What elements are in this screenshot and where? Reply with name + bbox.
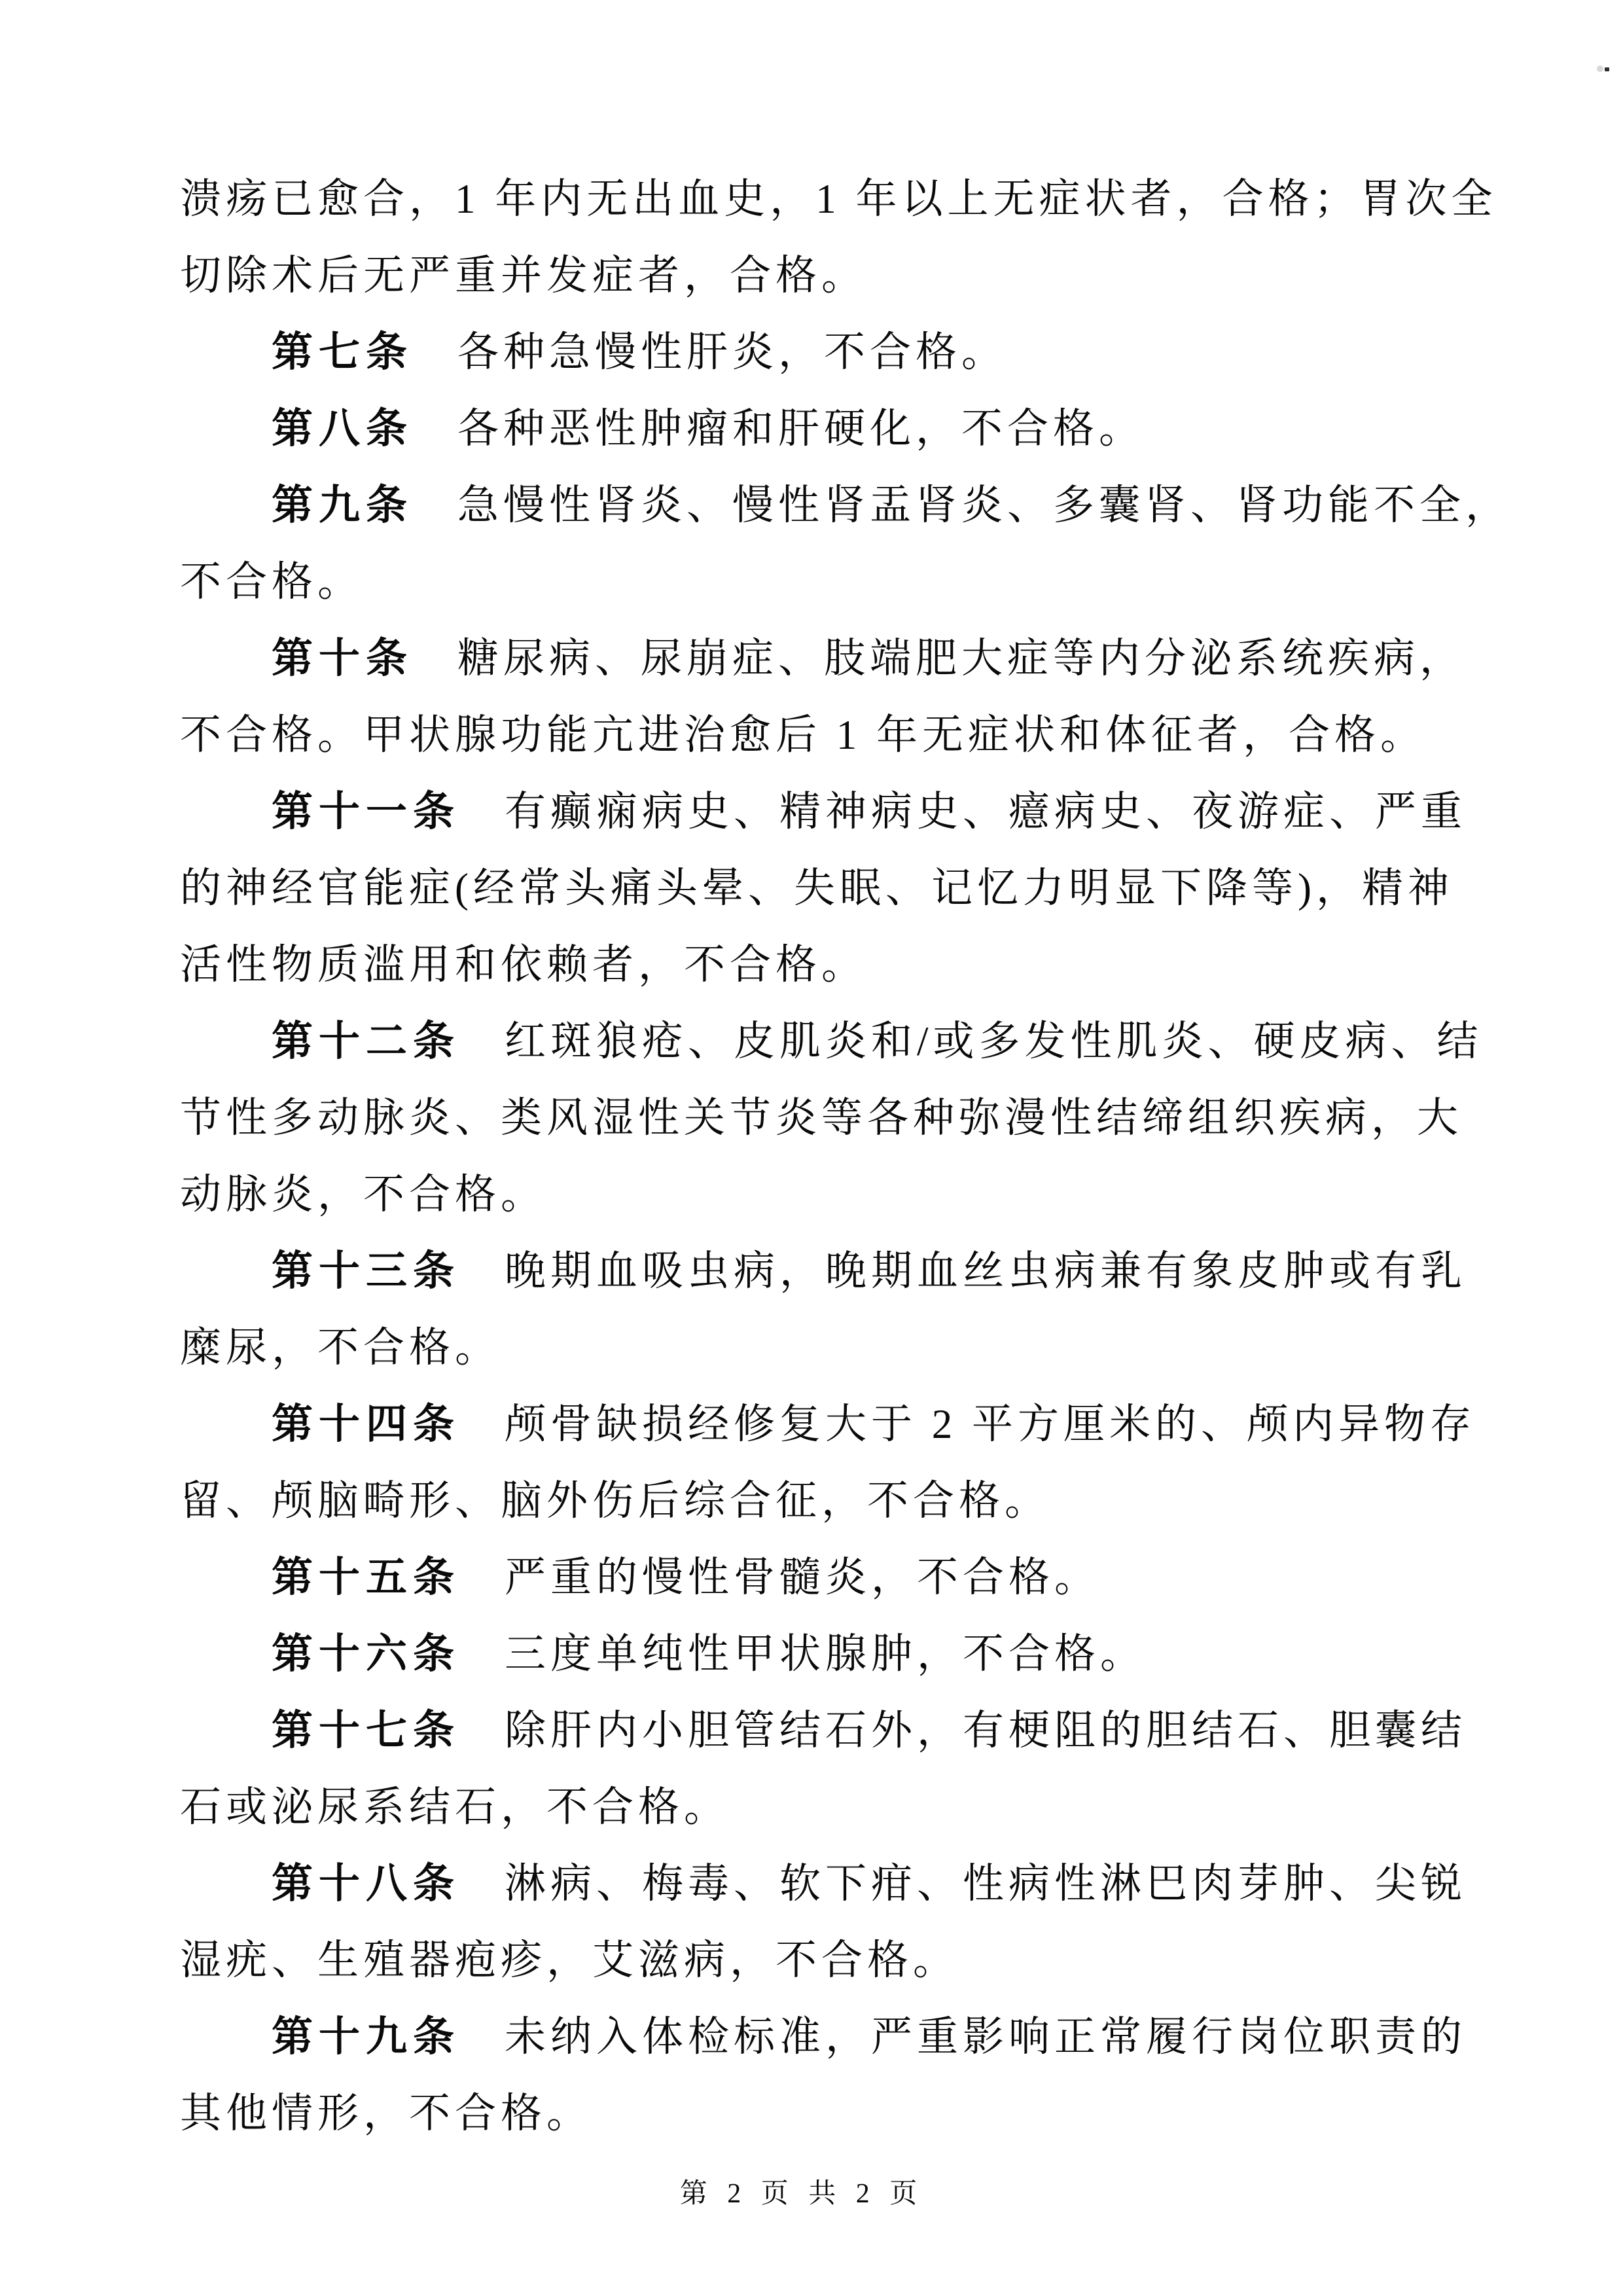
article-text: 晚期血吸虫病，晚期血丝虫病兼有象皮肿或有乳 bbox=[505, 1248, 1467, 1294]
article-text: 颅骨缺损经修复大于 2 平方厘米的、颅内异物存 bbox=[505, 1401, 1476, 1447]
article-number: 第十九条 bbox=[272, 2014, 460, 2060]
article-text: 淋病、梅毒、软下疳、性病性淋巴肉芽肿、尖锐 bbox=[505, 1861, 1467, 1907]
article-number: 第十二条 bbox=[272, 1018, 460, 1064]
document-line: 第十九条未纳入体检标准，严重影响正常履行岗位职责的 bbox=[180, 1999, 1453, 2075]
document-line: 第九条急慢性肾炎、慢性肾盂肾炎、多囊肾、肾功能不全， bbox=[180, 467, 1453, 544]
document-line: 活性物质滥用和依赖者，不合格。 bbox=[180, 927, 1453, 1003]
article-text: 未纳入体检标准，严重影响正常履行岗位职责的 bbox=[505, 2014, 1467, 2060]
document-line: 第十四条颅骨缺损经修复大于 2 平方厘米的、颅内异物存 bbox=[180, 1386, 1453, 1463]
document-line: 第八条各种恶性肿瘤和肝硬化，不合格。 bbox=[180, 391, 1453, 467]
document-line: 第十五条严重的慢性骨髓炎，不合格。 bbox=[180, 1539, 1453, 1616]
document-body: 溃疡已愈合，1 年内无出血史，1 年以上无症状者，合格；胃次全 切除术后无严重并… bbox=[180, 161, 1453, 2152]
article-text: 急慢性肾炎、慢性肾盂肾炎、多囊肾、肾功能不全， bbox=[457, 482, 1511, 528]
document-line: 第十六条三度单纯性甲状腺肿，不合格。 bbox=[180, 1616, 1453, 1693]
document-line: 石或泌尿系结石，不合格。 bbox=[180, 1769, 1453, 1846]
article-number: 第十五条 bbox=[272, 1554, 460, 1600]
document-line: 第十一条有癫痫病史、精神病史、癔病史、夜游症、严重 bbox=[180, 774, 1453, 850]
document-line: 糜尿，不合格。 bbox=[180, 1310, 1453, 1386]
article-number: 第七条 bbox=[272, 329, 413, 375]
article-number: 第十七条 bbox=[272, 1708, 460, 1753]
article-number: 第九条 bbox=[272, 482, 413, 528]
article-text: 严重的慢性骨髓炎，不合格。 bbox=[505, 1554, 1100, 1600]
article-text: 糖尿病、尿崩症、肢端肥大症等内分泌系统疾病， bbox=[457, 636, 1465, 681]
article-text: 红斑狼疮、皮肌炎和/或多发性肌炎、硬皮病、结 bbox=[505, 1018, 1483, 1064]
document-line: 留、颅脑畸形、脑外伤后综合征，不合格。 bbox=[180, 1463, 1453, 1539]
article-number: 第十三条 bbox=[272, 1248, 460, 1294]
article-number: 第八条 bbox=[272, 406, 413, 452]
footer-page-indicator: 第 2 页 共 2 页 bbox=[0, 2172, 1603, 2211]
document-line: 第七条各种急慢性肝炎，不合格。 bbox=[180, 314, 1453, 391]
document-line: 第十二条红斑狼疮、皮肌炎和/或多发性肌炎、硬皮病、结 bbox=[180, 1003, 1453, 1080]
article-text: 除肝内小胆管结石外，有梗阻的胆结石、胆囊结 bbox=[505, 1708, 1467, 1753]
document-line: 不合格。甲状腺功能亢进治愈后 1 年无症状和体征者，合格。 bbox=[180, 697, 1453, 774]
document-page: 溃疡已愈合，1 年内无出血史，1 年以上无症状者，合格；胃次全 切除术后无严重并… bbox=[0, 0, 1623, 2296]
article-text: 各种急慢性肝炎，不合格。 bbox=[457, 329, 1007, 375]
document-line: 的神经官能症(经常头痛头晕、失眠、记忆力明显下降等)，精神 bbox=[180, 850, 1453, 927]
document-line: 切除术后无严重并发症者，合格。 bbox=[180, 238, 1453, 314]
document-line: 第十三条晚期血吸虫病，晚期血丝虫病兼有象皮肿或有乳 bbox=[180, 1233, 1453, 1310]
article-number: 第十八条 bbox=[272, 1861, 460, 1907]
article-text: 各种恶性肿瘤和肝硬化，不合格。 bbox=[457, 406, 1145, 452]
article-number: 第十四条 bbox=[272, 1401, 460, 1447]
document-line: 不合格。 bbox=[180, 544, 1453, 620]
document-line: 第十条糖尿病、尿崩症、肢端肥大症等内分泌系统疾病， bbox=[180, 620, 1453, 697]
article-number: 第十六条 bbox=[272, 1631, 460, 1677]
document-line: 湿疣、生殖器疱疹，艾滋病，不合格。 bbox=[180, 1922, 1453, 1999]
scan-smudge bbox=[1597, 65, 1603, 72]
document-line: 溃疡已愈合，1 年内无出血史，1 年以上无症状者，合格；胃次全 bbox=[180, 161, 1453, 238]
document-line: 节性多动脉炎、类风湿性关节炎等各种弥漫性结缔组织疾病，大 bbox=[180, 1080, 1453, 1157]
article-text: 有癫痫病史、精神病史、癔病史、夜游症、严重 bbox=[505, 789, 1467, 834]
article-number: 第十条 bbox=[272, 636, 413, 681]
document-line: 其他情形，不合格。 bbox=[180, 2075, 1453, 2152]
document-line: 第十七条除肝内小胆管结石外，有梗阻的胆结石、胆囊结 bbox=[180, 1693, 1453, 1769]
document-line: 第十八条淋病、梅毒、软下疳、性病性淋巴肉芽肿、尖锐 bbox=[180, 1846, 1453, 1922]
article-number: 第十一条 bbox=[272, 789, 460, 834]
document-line: 动脉炎，不合格。 bbox=[180, 1157, 1453, 1233]
article-text: 三度单纯性甲状腺肿，不合格。 bbox=[505, 1631, 1146, 1677]
scan-speck bbox=[1605, 67, 1609, 71]
